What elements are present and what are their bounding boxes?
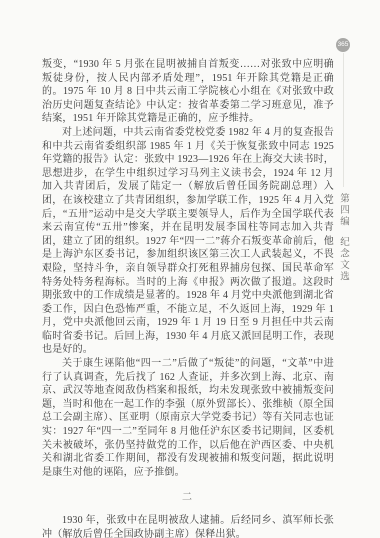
- page-number-badge: 365: [336, 38, 350, 52]
- document-page: 365 第四编纪念文选 叛变，“1930 年 5 月张在昆明被捕自首叛变……对张…: [0, 0, 380, 538]
- paragraph-continuation: 叛变，“1930 年 5 月张在昆明被捕自首叛变……对张致中应明确叛徒身份，按人…: [42, 58, 334, 126]
- sidebar-vertical-text: 第四编纪念文选: [336, 193, 350, 283]
- paragraph-arrest: 1930 年，张致中在昆明被敌人逮捕。后经同乡、滇军师长张冲（解放后曾任全国政协…: [42, 514, 334, 538]
- margin-rule: [343, 53, 344, 187]
- section-heading: 二: [42, 491, 334, 505]
- sidebar-part-label: 第四编: [336, 193, 350, 228]
- paragraph-investigation: 关于康生诬陷他“四一二”后做了“叛徒”的问题，“文革”中进行了认真调查，先后找了…: [42, 357, 334, 479]
- paragraph-review-findings: 对上述问题，中共云南省委党校党委 1982 年 4 月的复查报告和中共云南省委组…: [42, 126, 334, 357]
- sidebar-section-label: 纪念文选: [338, 237, 348, 283]
- body-text-block: 叛变，“1930 年 5 月张在昆明被捕自首叛变……对张致中应明确叛徒身份，按人…: [42, 58, 334, 538]
